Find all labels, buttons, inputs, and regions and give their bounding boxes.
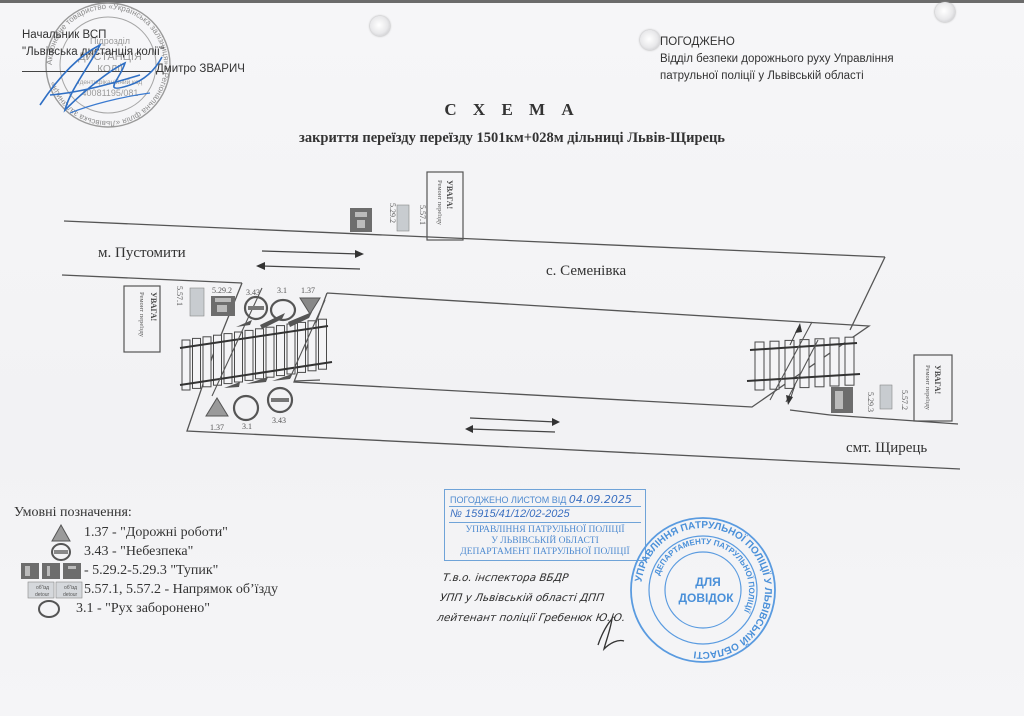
place-label-shchyrets: смт. Щирець	[846, 440, 927, 457]
svg-text:3.1: 3.1	[277, 286, 287, 295]
legend-item: 3.43 - "Небезпека"	[14, 542, 278, 561]
stamp-label: ПОГОДЖЕНО ЛИСТОМ ВІД	[450, 495, 566, 505]
detour-sign-icon: об'їзд detour об'їзд detour	[26, 581, 84, 599]
svg-text:5.57.1: 5.57.1	[175, 286, 184, 306]
detour-sign-icon	[190, 288, 204, 316]
place-label-pustomyty: м. Пустомити	[98, 245, 186, 262]
legend: Умовні позначення: 1.37 - "Дорожні робот…	[14, 505, 278, 618]
police-seal: УПРАВЛІННЯ ПАТРУЛЬНОЇ ПОЛІЦІЇ У ЛЬВІВСЬК…	[628, 512, 778, 672]
svg-text:5.57.2: 5.57.2	[900, 390, 909, 410]
stamp-number: 15915/41/12/02-2025	[465, 508, 570, 520]
svg-text:detour: detour	[63, 592, 78, 598]
detour-sign-icon	[397, 205, 409, 231]
svg-text:Ремонт переїзду: Ремонт переїзду	[924, 365, 931, 411]
scanned-document: Акціонерне товариство «Українська залізн…	[0, 0, 1024, 716]
road-works-triangle-icon	[206, 398, 228, 416]
svg-text:об'їзд: об'їзд	[64, 585, 77, 591]
warning-board	[427, 172, 463, 240]
legend-item: 3.1 - "Рух заборонено"	[14, 599, 278, 618]
legend-title: Умовні позначення:	[14, 505, 278, 521]
road-works-triangle-icon	[38, 524, 84, 542]
warning-board	[914, 355, 952, 421]
svg-text:УВАГА!: УВАГА!	[933, 365, 942, 394]
svg-text:ДЛЯ: ДЛЯ	[695, 575, 721, 589]
svg-text:5.57.1: 5.57.1	[418, 205, 427, 225]
svg-text:1.37: 1.37	[210, 423, 224, 432]
place-label-semenivka: с. Семенівка	[546, 263, 626, 280]
svg-text:3.43: 3.43	[246, 288, 260, 297]
stamp-date: 04.09.2025	[569, 493, 632, 506]
road-works-triangle-icon	[300, 298, 320, 314]
svg-text:об'їзд: об'їзд	[36, 585, 49, 591]
svg-text:ДОВІДОК: ДОВІДОК	[678, 591, 734, 605]
inspector-signature	[590, 615, 630, 655]
svg-text:Ремонт переїзду: Ремонт переїзду	[436, 180, 443, 226]
legend-item: об'їзд detour об'їзд detour 5.57.1, 5.57…	[14, 580, 278, 599]
detour-sign-icon	[880, 385, 892, 409]
svg-text:УВАГА!: УВАГА!	[149, 292, 158, 321]
svg-text:Ремонт переїзду: Ремонт переїзду	[138, 292, 145, 338]
no-traffic-circle-icon	[22, 600, 76, 618]
svg-text:УВАГА!: УВАГА!	[445, 180, 454, 209]
approval-stamp: ПОГОДЖЕНО ЛИСТОМ ВІД 04.09.2025 № 15915/…	[444, 489, 646, 561]
legend-item: - 5.29.2-5.29.3 "Тупик"	[14, 561, 278, 580]
dead-end-sign-icon	[18, 562, 84, 580]
svg-text:5.29.2: 5.29.2	[212, 286, 232, 295]
no-traffic-circle-icon	[234, 396, 258, 420]
svg-text:5.29.3: 5.29.3	[866, 392, 875, 412]
svg-text:3.43: 3.43	[272, 416, 286, 425]
svg-text:3.1: 3.1	[242, 422, 252, 431]
danger-sign-icon	[38, 543, 84, 561]
legend-item: 1.37 - "Дорожні роботи"	[14, 523, 278, 542]
svg-text:5.29.2: 5.29.2	[388, 203, 397, 223]
svg-text:1.37: 1.37	[301, 286, 315, 295]
svg-text:detour: detour	[35, 592, 50, 598]
